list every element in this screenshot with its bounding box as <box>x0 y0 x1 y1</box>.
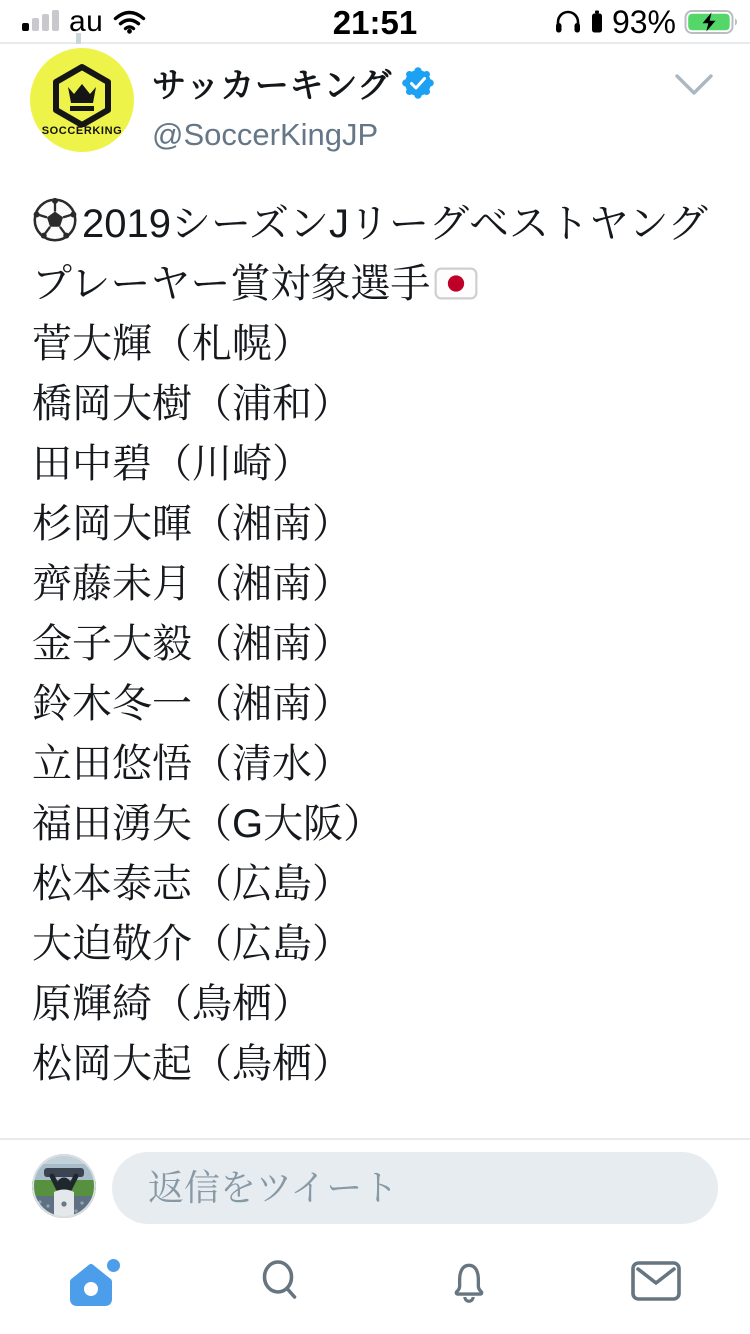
thread-connector-line <box>76 33 81 44</box>
avatar-brand-label: SOCCERKING <box>42 125 123 137</box>
author-handle: @SoccerKingJP <box>152 117 434 153</box>
player-line: 原輝綺（鳥栖） <box>32 974 722 1034</box>
player-line: 橋岡大樹（浦和） <box>32 374 722 434</box>
device-battery-icon <box>590 9 604 35</box>
mail-icon <box>629 1257 683 1305</box>
clock-label: 21:51 <box>333 4 417 42</box>
player-line: 松岡大起（鳥栖） <box>32 1034 722 1094</box>
tweet-lead-line-2: プレーヤー賞対象選手 <box>32 254 722 314</box>
verified-badge-icon <box>402 67 434 99</box>
japan-flag-emoji <box>434 267 478 300</box>
author-display-name: サッカーキング <box>152 58 392 107</box>
tweet-lead-text-1: 2019シーズンJリーグベストヤング <box>82 202 708 246</box>
nav-notifications-tab[interactable] <box>375 1245 563 1334</box>
nav-search-tab[interactable] <box>188 1245 376 1334</box>
nav-home-tab[interactable] <box>0 1245 188 1334</box>
player-line: 杉岡大暉（湘南） <box>32 494 722 554</box>
status-right-cluster: 93% <box>554 0 740 44</box>
tweet-text: 2019シーズンJリーグベストヤング プレーヤー賞対象選手 菅大輝（札幌） 橋岡… <box>0 194 750 1094</box>
player-line: 鈴木冬一（湘南） <box>32 674 722 734</box>
player-line: 田中碧（川崎） <box>32 434 722 494</box>
tweet-lead-text-2: プレーヤー賞対象選手 <box>32 262 430 306</box>
status-left-cluster: au <box>22 0 146 44</box>
reply-input[interactable] <box>112 1152 718 1224</box>
status-bar: au 21:51 93% <box>0 0 750 44</box>
author-avatar[interactable]: SOCCERKING <box>30 48 134 152</box>
player-line: 松本泰志（広島） <box>32 854 722 914</box>
headphones-icon <box>554 9 582 35</box>
bottom-navigation <box>0 1245 750 1334</box>
player-line: 菅大輝（札幌） <box>32 314 722 374</box>
player-line: 金子大毅（湘南） <box>32 614 722 674</box>
author-info[interactable]: サッカーキング @SoccerKingJP <box>152 58 434 153</box>
bell-icon <box>444 1257 494 1309</box>
soccerking-crown-logo-icon <box>51 63 113 127</box>
search-icon <box>256 1257 306 1309</box>
tweet-lead-line-1: 2019シーズンJリーグベストヤング <box>32 194 722 254</box>
carrier-label: au <box>69 5 103 39</box>
home-icon <box>65 1257 123 1315</box>
current-user-avatar <box>32 1154 96 1218</box>
signal-bars-icon <box>22 11 59 33</box>
battery-percent-label: 93% <box>612 4 676 41</box>
soccer-ball-emoji <box>32 197 78 243</box>
player-line: 立田悠悟（清水） <box>32 734 722 794</box>
chevron-down-icon[interactable] <box>674 72 714 98</box>
twitter-tweet-detail-screen: au 21:51 93% <box>0 0 750 1334</box>
charging-battery-icon <box>684 9 740 35</box>
reply-compose-bar <box>0 1138 750 1244</box>
nav-messages-tab[interactable] <box>563 1245 750 1334</box>
player-line: 齊藤未月（湘南） <box>32 554 722 614</box>
tweet-header: SOCCERKING サッカーキング @SoccerKingJP <box>0 48 750 158</box>
player-line: 大迫敬介（広島） <box>32 914 722 974</box>
player-line: 福田湧矢（G大阪） <box>32 794 722 854</box>
wifi-icon <box>113 10 146 34</box>
player-list: 菅大輝（札幌） 橋岡大樹（浦和） 田中碧（川崎） 杉岡大暉（湘南） 齊藤未月（湘… <box>32 314 722 1094</box>
